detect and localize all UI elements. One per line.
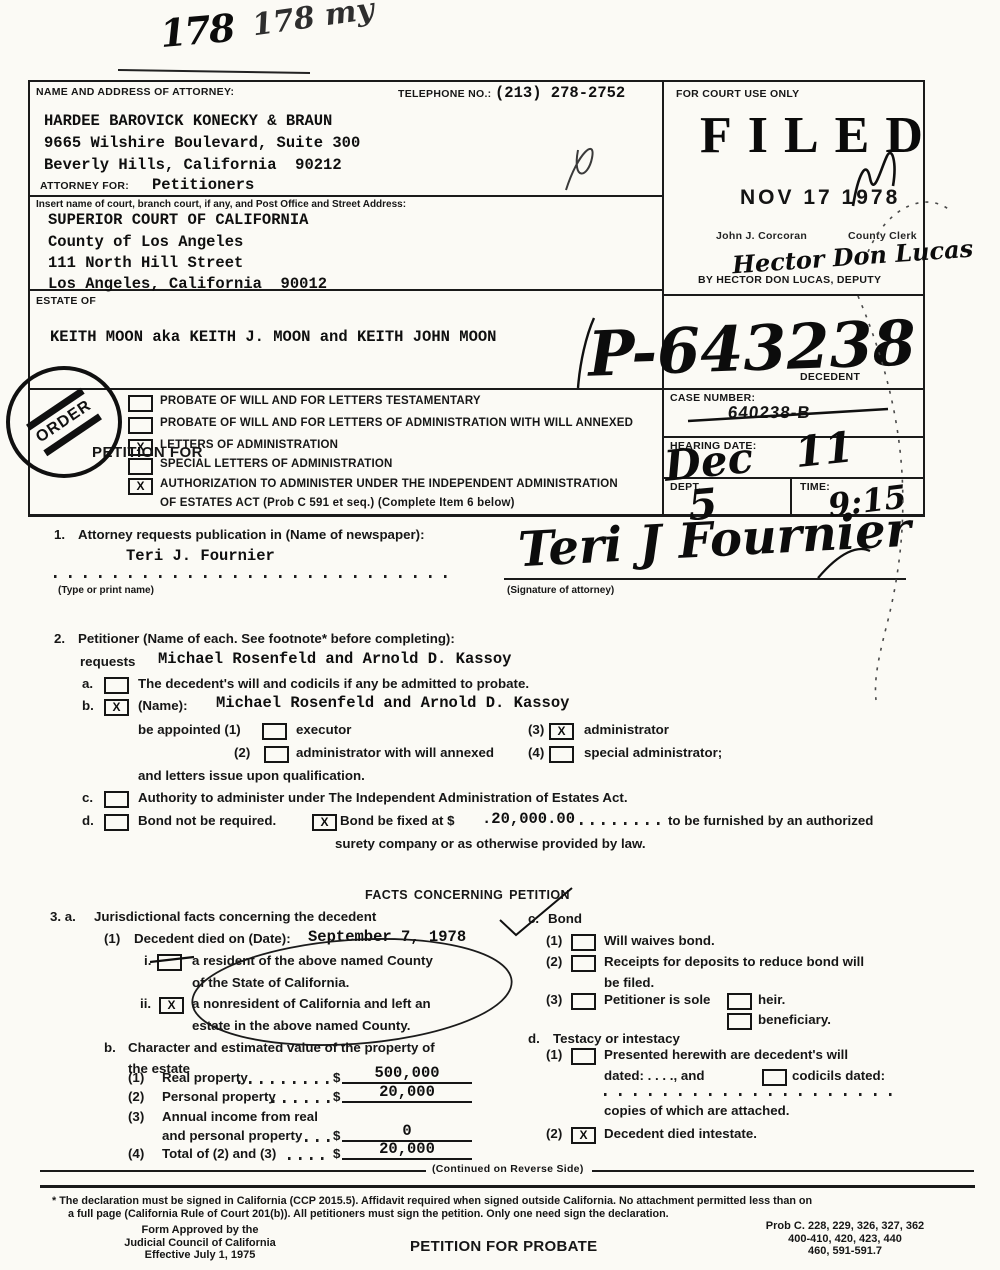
real-property-label: Real property (162, 1070, 248, 1085)
total-value[interactable]: 20,000 (342, 1140, 472, 1160)
resident-label: a resident of the above named County (192, 953, 433, 968)
top-handwritten-annotation: 178 (158, 5, 235, 56)
form-approved-block: Form Approved by the Judicial Council of… (60, 1224, 340, 1262)
deputy-line: BY HECTOR DON LUCAS, DEPUTY (698, 274, 881, 286)
form-title: PETITION FOR PROBATE (410, 1238, 597, 1255)
footer-heavy-rule (40, 1185, 975, 1188)
item2d-letter: d. (82, 813, 94, 828)
type-print-dotted-line (54, 575, 456, 578)
administrator-annexed-checkbox[interactable] (264, 746, 289, 763)
item2c-checkbox[interactable] (104, 791, 129, 808)
annual-income-value[interactable]: 0 (342, 1122, 472, 1142)
dotted-leader (272, 1100, 330, 1103)
estate-of-label: ESTATE OF (36, 295, 96, 307)
court-street-field[interactable]: 111 North Hill Street (48, 254, 243, 272)
resident-label-2: of the State of California. (192, 975, 349, 990)
codicils-dotted-line (604, 1093, 900, 1096)
receipts-checkbox[interactable] (571, 955, 596, 972)
item2a-checkbox[interactable] (104, 677, 129, 694)
will-dated-label: dated: . . . ., and (604, 1068, 704, 1083)
personal-property-label: Personal property (162, 1089, 276, 1104)
petition-item-label: SPECIAL LETTERS OF ADMINISTRATION (160, 458, 393, 470)
beneficiary-checkbox[interactable] (727, 1013, 752, 1030)
resident-checkbox[interactable] (157, 954, 182, 971)
property-row-num: (4) (128, 1146, 144, 1161)
court-insert-label: Insert name of court, branch court, if a… (36, 199, 406, 210)
continued-label: (Continued on Reverse Side) (432, 1163, 584, 1175)
attorney-for-field[interactable]: Petitioners (152, 176, 254, 194)
petition-item-label: PROBATE OF WILL AND FOR LETTERS OF ADMIN… (160, 417, 633, 429)
newspaper-field[interactable]: Teri J. Fournier (126, 547, 275, 565)
dotted-leader (288, 1157, 330, 1160)
attorney-address2-field[interactable]: Beverly Hills, California 90212 (44, 156, 342, 174)
border-top (28, 80, 925, 82)
facts-header: FACTS CONCERNING PETITION (365, 888, 570, 902)
attorney-name-label: NAME AND ADDRESS OF ATTORNEY: (36, 86, 234, 98)
telephone-label: TELEPHONE NO.: (398, 88, 491, 100)
heir-checkbox[interactable] (727, 993, 752, 1010)
copies-attached-label: copies of which are attached. (604, 1103, 789, 1118)
attorney-for-label: ATTORNEY FOR: (40, 180, 129, 192)
codicils-checkbox[interactable] (762, 1069, 787, 1086)
bond-row-num: (3) (546, 992, 562, 1007)
prob-code-line: Prob C. 228, 229, 326, 327, 362 (715, 1220, 975, 1233)
item2b-letter: b. (82, 698, 94, 713)
petition-checkbox-special-letters[interactable] (128, 458, 153, 475)
scan-artifact-line (118, 70, 310, 73)
item3a-number: 3. a. (50, 909, 76, 924)
sole-petitioner-checkbox[interactable] (571, 993, 596, 1010)
item2c-label: Authority to administer under The Indepe… (138, 790, 628, 805)
divider-estate (28, 388, 925, 390)
will-waives-bond-label: Will waives bond. (604, 933, 715, 948)
petition-item-label: LETTERS OF ADMINISTRATION (160, 439, 338, 451)
special-administrator-checkbox[interactable] (549, 746, 574, 763)
intestate-label: Decedent died intestate. (604, 1126, 757, 1141)
item2b-name-label: (Name): (138, 698, 188, 713)
case-number-handwritten: P-643238 (587, 306, 917, 390)
property-row-num: (1) (128, 1070, 144, 1085)
attorney-address1-field[interactable]: 9665 Wilshire Boulevard, Suite 300 (44, 134, 360, 152)
death-date-field[interactable]: September 7, 1978 (308, 928, 466, 946)
presented-will-checkbox[interactable] (571, 1048, 596, 1065)
annual-income-label: Annual income from real (162, 1109, 318, 1124)
testacy-label: Testacy or intestacy (553, 1031, 680, 1046)
presented-will-label: Presented herewith are decedent's will (604, 1047, 848, 1062)
footer-rule-right (592, 1170, 974, 1172)
nonresident-label: a nonresident of California and left an (192, 996, 431, 1011)
signature-label: (Signature of attorney) (507, 585, 614, 596)
item2a-letter: a. (82, 676, 93, 691)
item1-label: Attorney requests publication in (Name o… (78, 527, 425, 542)
top-handwritten-annotation-2: 178 my (250, 0, 376, 43)
executor-label: executor (296, 722, 351, 737)
item2a-label: The decedent's will and codicils if any … (138, 676, 529, 691)
special-administrator-label: special administrator; (584, 745, 722, 760)
item2-label: Petitioner (Name of each. See footnote* … (78, 631, 455, 646)
round-order-stamp: ORDER (6, 366, 122, 478)
petition-checkbox-probate-will[interactable] (128, 395, 153, 412)
roman-i: i. (144, 953, 151, 968)
bond-fixed-label: Bond be fixed at $ (340, 813, 455, 828)
dotted-leader (305, 1139, 330, 1142)
bond-fixed-checkbox[interactable]: X (312, 814, 337, 831)
receipts-label: Receipts for deposits to reduce bond wil… (604, 954, 864, 969)
item2b-name-field[interactable]: Michael Rosenfeld and Arnold D. Kassoy (216, 694, 569, 712)
footnote-line-1: * The declaration must be signed in Cali… (52, 1195, 812, 1207)
opt4-number: (4) (528, 745, 544, 760)
petition-checkbox-will-annexed[interactable] (128, 417, 153, 434)
bond-furnished-label: to be furnished by an authorized (668, 813, 873, 828)
currency-sign: $ (333, 1146, 340, 1161)
item2b-checkbox[interactable]: X (104, 699, 129, 716)
form-approved-line: Form Approved by the (60, 1224, 340, 1237)
item2-number: 2. (54, 631, 65, 646)
annual-income-label-2: and personal property (162, 1128, 302, 1143)
requests-label: requests (80, 654, 135, 669)
testacy-row-num: (1) (546, 1047, 562, 1062)
court-city-field[interactable]: Los Angeles, California 90012 (48, 275, 327, 293)
item2c-letter: c. (82, 790, 93, 805)
bond-row-num: (1) (546, 933, 562, 948)
footer-rule-left (40, 1170, 426, 1172)
petition-item-label-2: OF ESTATES ACT (Prob C 591 et seq.) (Com… (160, 497, 515, 509)
sole-petitioner-label: Petitioner is sole (604, 992, 710, 1007)
bond-row-num: (2) (546, 954, 562, 969)
court-use-only-label: FOR COURT USE ONLY (676, 88, 799, 100)
administrator-label: administrator (584, 722, 669, 737)
divider-filed (662, 294, 925, 296)
petition-for-probate-document: 178 178 my NAME AND ADDRESS OF ATTORNEY:… (0, 0, 1000, 1270)
administrator-annexed-label: administrator with will annexed (296, 745, 494, 760)
bond-not-required-label: Bond not be required. (138, 813, 276, 828)
letters-issue-label: and letters issue upon qualification. (138, 768, 365, 783)
form-approved-line: Judicial Council of California (60, 1237, 340, 1250)
petitioners-field[interactable]: Michael Rosenfeld and Arnold D. Kassoy (158, 650, 511, 668)
filed-date-stamp: NOV 17 1978 (740, 186, 900, 210)
petition-item-label: AUTHORIZATION TO ADMINISTER UNDER THE IN… (160, 478, 618, 490)
property-row-num: (3) (128, 1109, 144, 1124)
petition-item-label: PROBATE OF WILL AND FOR LETTERS TESTAMEN… (160, 395, 481, 407)
item1-number: 1. (54, 527, 65, 542)
real-property-value[interactable]: 500,000 (342, 1064, 472, 1084)
footnote-line-2: a full page (California Rule of Court 20… (68, 1208, 669, 1220)
item3b-label: Character and estimated value of the pro… (128, 1040, 435, 1055)
form-approved-line: Effective July 1, 1975 (60, 1249, 340, 1262)
currency-sign: $ (333, 1128, 340, 1143)
clerk-name: John J. Corcoran (716, 230, 807, 242)
death-number: (1) (104, 931, 120, 946)
prob-code-line: 400-410, 420, 423, 440 (715, 1233, 975, 1246)
item3b-letter: b. (104, 1040, 116, 1055)
total-label: Total of (2) and (3) (162, 1146, 276, 1161)
administrator-checkbox[interactable]: X (549, 723, 574, 740)
case-number-struck: 640238-B (727, 403, 812, 423)
item3c-letter: c. (528, 911, 539, 926)
intestate-checkbox[interactable]: X (571, 1127, 596, 1144)
opt2-number: (2) (234, 745, 250, 760)
nonresident-checkbox[interactable]: X (159, 997, 184, 1014)
court-name-field[interactable]: SUPERIOR COURT OF CALIFORNIA (48, 211, 308, 229)
nonresident-label-2: estate in the above named County. (192, 1018, 410, 1033)
personal-property-value[interactable]: 20,000 (342, 1083, 472, 1103)
dotted-leader (580, 822, 662, 825)
petition-checkbox-letters-administration[interactable]: X (128, 439, 153, 456)
court-county-field[interactable]: County of Los Angeles (48, 233, 243, 251)
heir-label: heir. (758, 992, 785, 1007)
bond-section-label: Bond (548, 911, 582, 926)
telephone-field[interactable]: (213) 278-2752 (495, 84, 625, 102)
petition-checkbox-independent-administration[interactable]: X (128, 478, 153, 495)
filed-stamp: FILED (700, 106, 939, 165)
handwritten-ellipse (189, 929, 515, 1055)
currency-sign: $ (333, 1070, 340, 1085)
prob-code-line: 460, 591-591.7 (715, 1245, 975, 1258)
beneficiary-label: beneficiary. (758, 1012, 831, 1027)
receipts-label-2: be filed. (604, 975, 654, 990)
currency-sign: $ (333, 1089, 340, 1104)
executor-checkbox[interactable] (262, 723, 287, 740)
decedent-name-field[interactable]: KEITH MOON aka KEITH J. MOON and KEITH J… (50, 328, 496, 346)
item3d-letter: d. (528, 1031, 540, 1046)
type-print-label: (Type or print name) (58, 585, 154, 596)
opt3-number: (3) (528, 722, 544, 737)
bond-not-required-checkbox[interactable] (104, 814, 129, 831)
codicils-dated-label: codicils dated: (792, 1068, 885, 1083)
testacy-row-num: (2) (546, 1126, 562, 1141)
roman-ii: ii. (140, 996, 151, 1011)
property-row-num: (2) (128, 1089, 144, 1104)
will-waives-bond-checkbox[interactable] (571, 934, 596, 951)
dotted-leader (238, 1081, 330, 1084)
prob-code-block: Prob C. 228, 229, 326, 327, 362 400-410,… (715, 1220, 975, 1258)
bond-amount-field[interactable]: .20,000.00 (482, 810, 575, 828)
attorney-firm-field[interactable]: HARDEE BAROVICK KONECKY & BRAUN (44, 112, 332, 130)
divider-attorney (28, 195, 662, 197)
signature-line (504, 578, 906, 580)
appointed-label: be appointed (1) (138, 722, 241, 737)
death-date-label: Decedent died on (Date): (134, 931, 291, 946)
item3a-label: Jurisdictional facts concerning the dece… (94, 909, 376, 924)
surety-label: surety company or as otherwise provided … (335, 836, 646, 851)
pencil-squiggle (566, 149, 593, 190)
